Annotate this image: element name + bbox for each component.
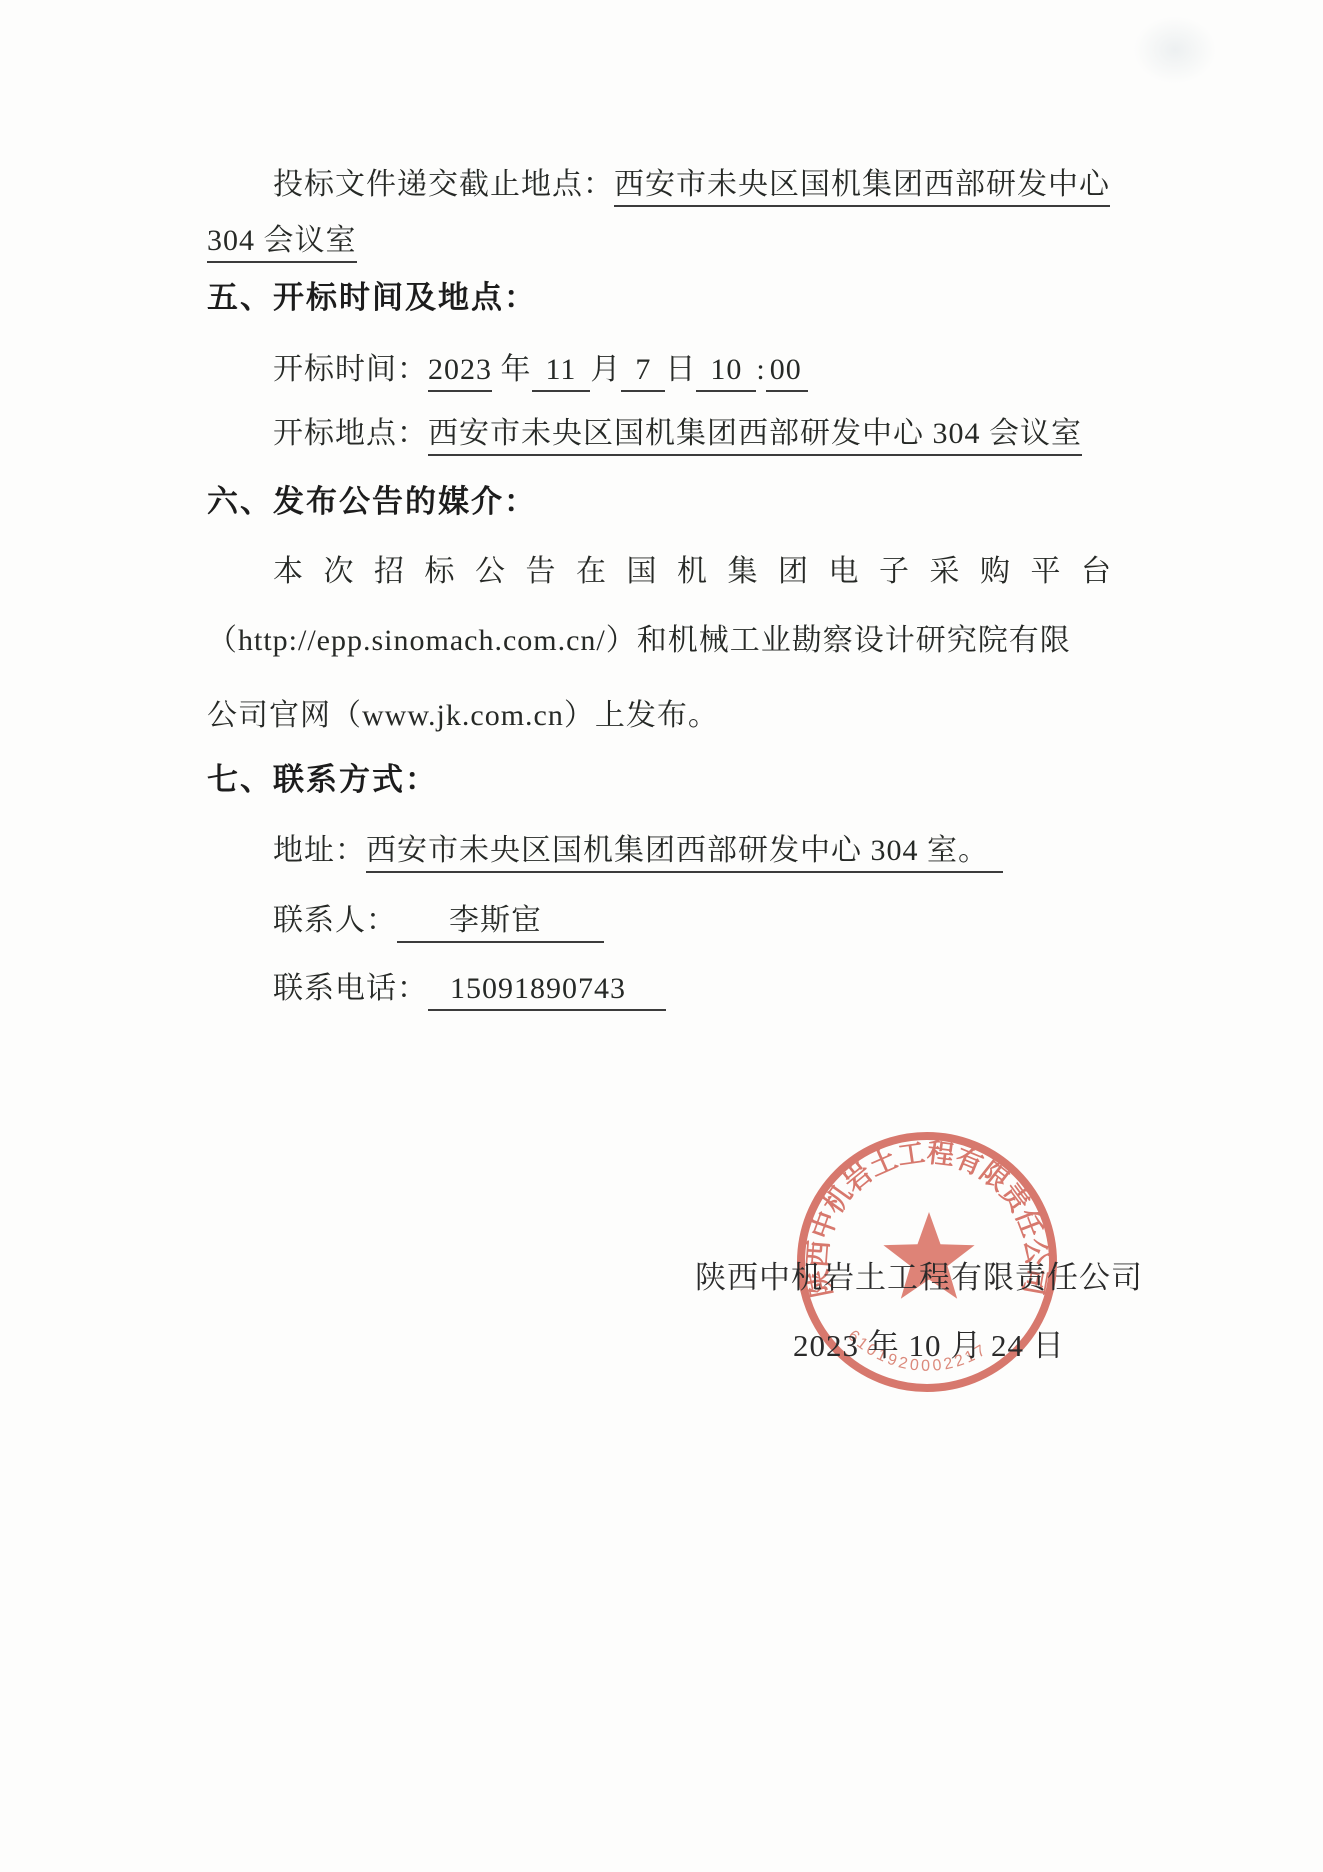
open-hour: 10 bbox=[696, 353, 756, 392]
section5-heading: 五、开标时间及地点： bbox=[207, 279, 537, 318]
contact-person-label: 联系人： bbox=[273, 904, 397, 937]
address-label: 地址： bbox=[273, 834, 366, 867]
deadline-location-value: 西安市未央区国机集团西部研发中心 bbox=[614, 168, 1110, 207]
deadline-location-value-cont: 304 会议室 bbox=[207, 224, 357, 263]
media-paragraph-line1: 本次招标公告在国机集团电子采购平台 bbox=[273, 553, 1132, 591]
contact-person-line: 联系人：李斯宦 bbox=[273, 902, 604, 940]
signature-date: 2023 年 10 月 24 日 bbox=[793, 1320, 1065, 1365]
open-day: 7 bbox=[621, 353, 665, 392]
open-year: 2023 bbox=[428, 353, 492, 392]
contact-phone-label: 联系电话： bbox=[273, 972, 428, 1005]
contact-person-value: 李斯宦 bbox=[397, 904, 604, 943]
deadline-location-line1: 投标文件递交截止地点：西安市未央区国机集团西部研发中心 bbox=[273, 166, 1110, 204]
open-month: 11 bbox=[532, 353, 591, 392]
open-time-sep: : bbox=[756, 353, 765, 386]
section6-heading: 六、发布公告的媒介： bbox=[207, 483, 537, 522]
bid-opening-place-value: 西安市未央区国机集团西部研发中心 304 会议室 bbox=[428, 417, 1082, 456]
media-paragraph-line3: 公司官网（www.jk.com.cn）上发布。 bbox=[207, 697, 719, 735]
contact-phone-value: 15091890743 bbox=[428, 972, 666, 1011]
open-day-unit: 日 bbox=[665, 353, 696, 386]
address-value: 西安市未央区国机集团西部研发中心 304 室。 bbox=[366, 834, 1003, 873]
deadline-location-line2: 304 会议室 bbox=[207, 222, 357, 260]
open-year-unit: 年 bbox=[501, 353, 532, 386]
document-page: 投标文件递交截止地点：西安市未央区国机集团西部研发中心 304 会议室 五、开标… bbox=[0, 0, 1323, 1872]
open-month-unit: 月 bbox=[590, 353, 621, 386]
address-line: 地址：西安市未央区国机集团西部研发中心 304 室。 bbox=[273, 832, 1003, 870]
bid-opening-time-line: 开标时间：2023 年11月7日10:00 bbox=[273, 351, 808, 389]
section7-heading: 七、联系方式： bbox=[207, 761, 438, 800]
contact-phone-line: 联系电话：15091890743 bbox=[273, 970, 666, 1008]
bid-opening-time-label: 开标时间： bbox=[273, 353, 428, 386]
bid-opening-place-label: 开标地点： bbox=[273, 417, 428, 450]
bid-opening-place-line: 开标地点：西安市未央区国机集团西部研发中心 304 会议室 bbox=[273, 415, 1082, 453]
open-minute: 00 bbox=[766, 353, 808, 392]
signature-company-name: 陕西中机岩土工程有限责任公司 bbox=[695, 1252, 1143, 1297]
deadline-location-label: 投标文件递交截止地点： bbox=[273, 168, 614, 201]
scan-artifact bbox=[1120, 5, 1230, 95]
media-paragraph-line2: （http://epp.sinomach.com.cn/）和机械工业勘察设计研究… bbox=[207, 622, 1071, 660]
